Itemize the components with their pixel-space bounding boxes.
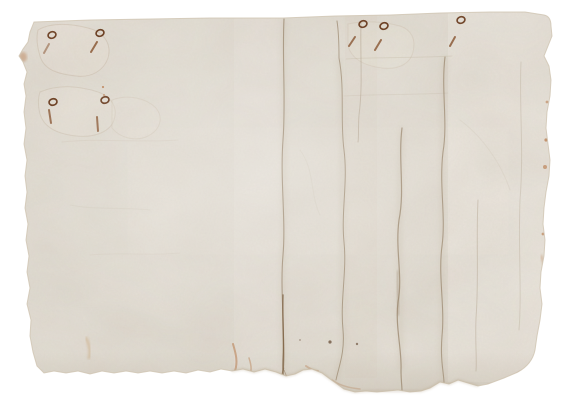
bottom-shade-overlay bbox=[0, 0, 570, 409]
panel-surface bbox=[0, 0, 570, 409]
artwork-photo bbox=[0, 0, 570, 409]
artwork-image bbox=[0, 0, 570, 409]
